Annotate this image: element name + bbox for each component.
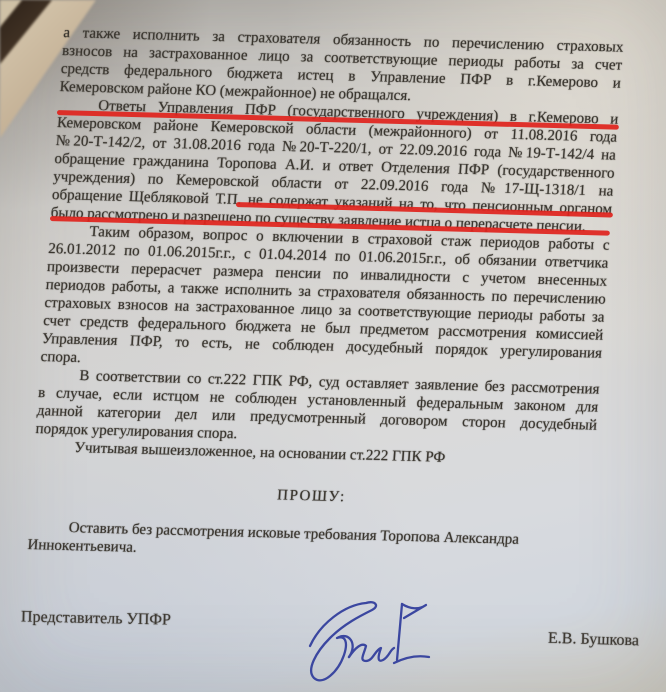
signature — [280, 592, 455, 692]
signature-strokes — [310, 602, 429, 680]
photographed-document: а также исполнить за страхователя обязан… — [0, 0, 666, 692]
request-heading: ПРОШУ: — [31, 480, 592, 513]
document-body: а также исполнить за страхователя обязан… — [27, 24, 624, 569]
signer-name-label: Е.В. Бушкова — [548, 630, 639, 651]
signer-role-label: Представитель УПФР — [21, 608, 171, 629]
